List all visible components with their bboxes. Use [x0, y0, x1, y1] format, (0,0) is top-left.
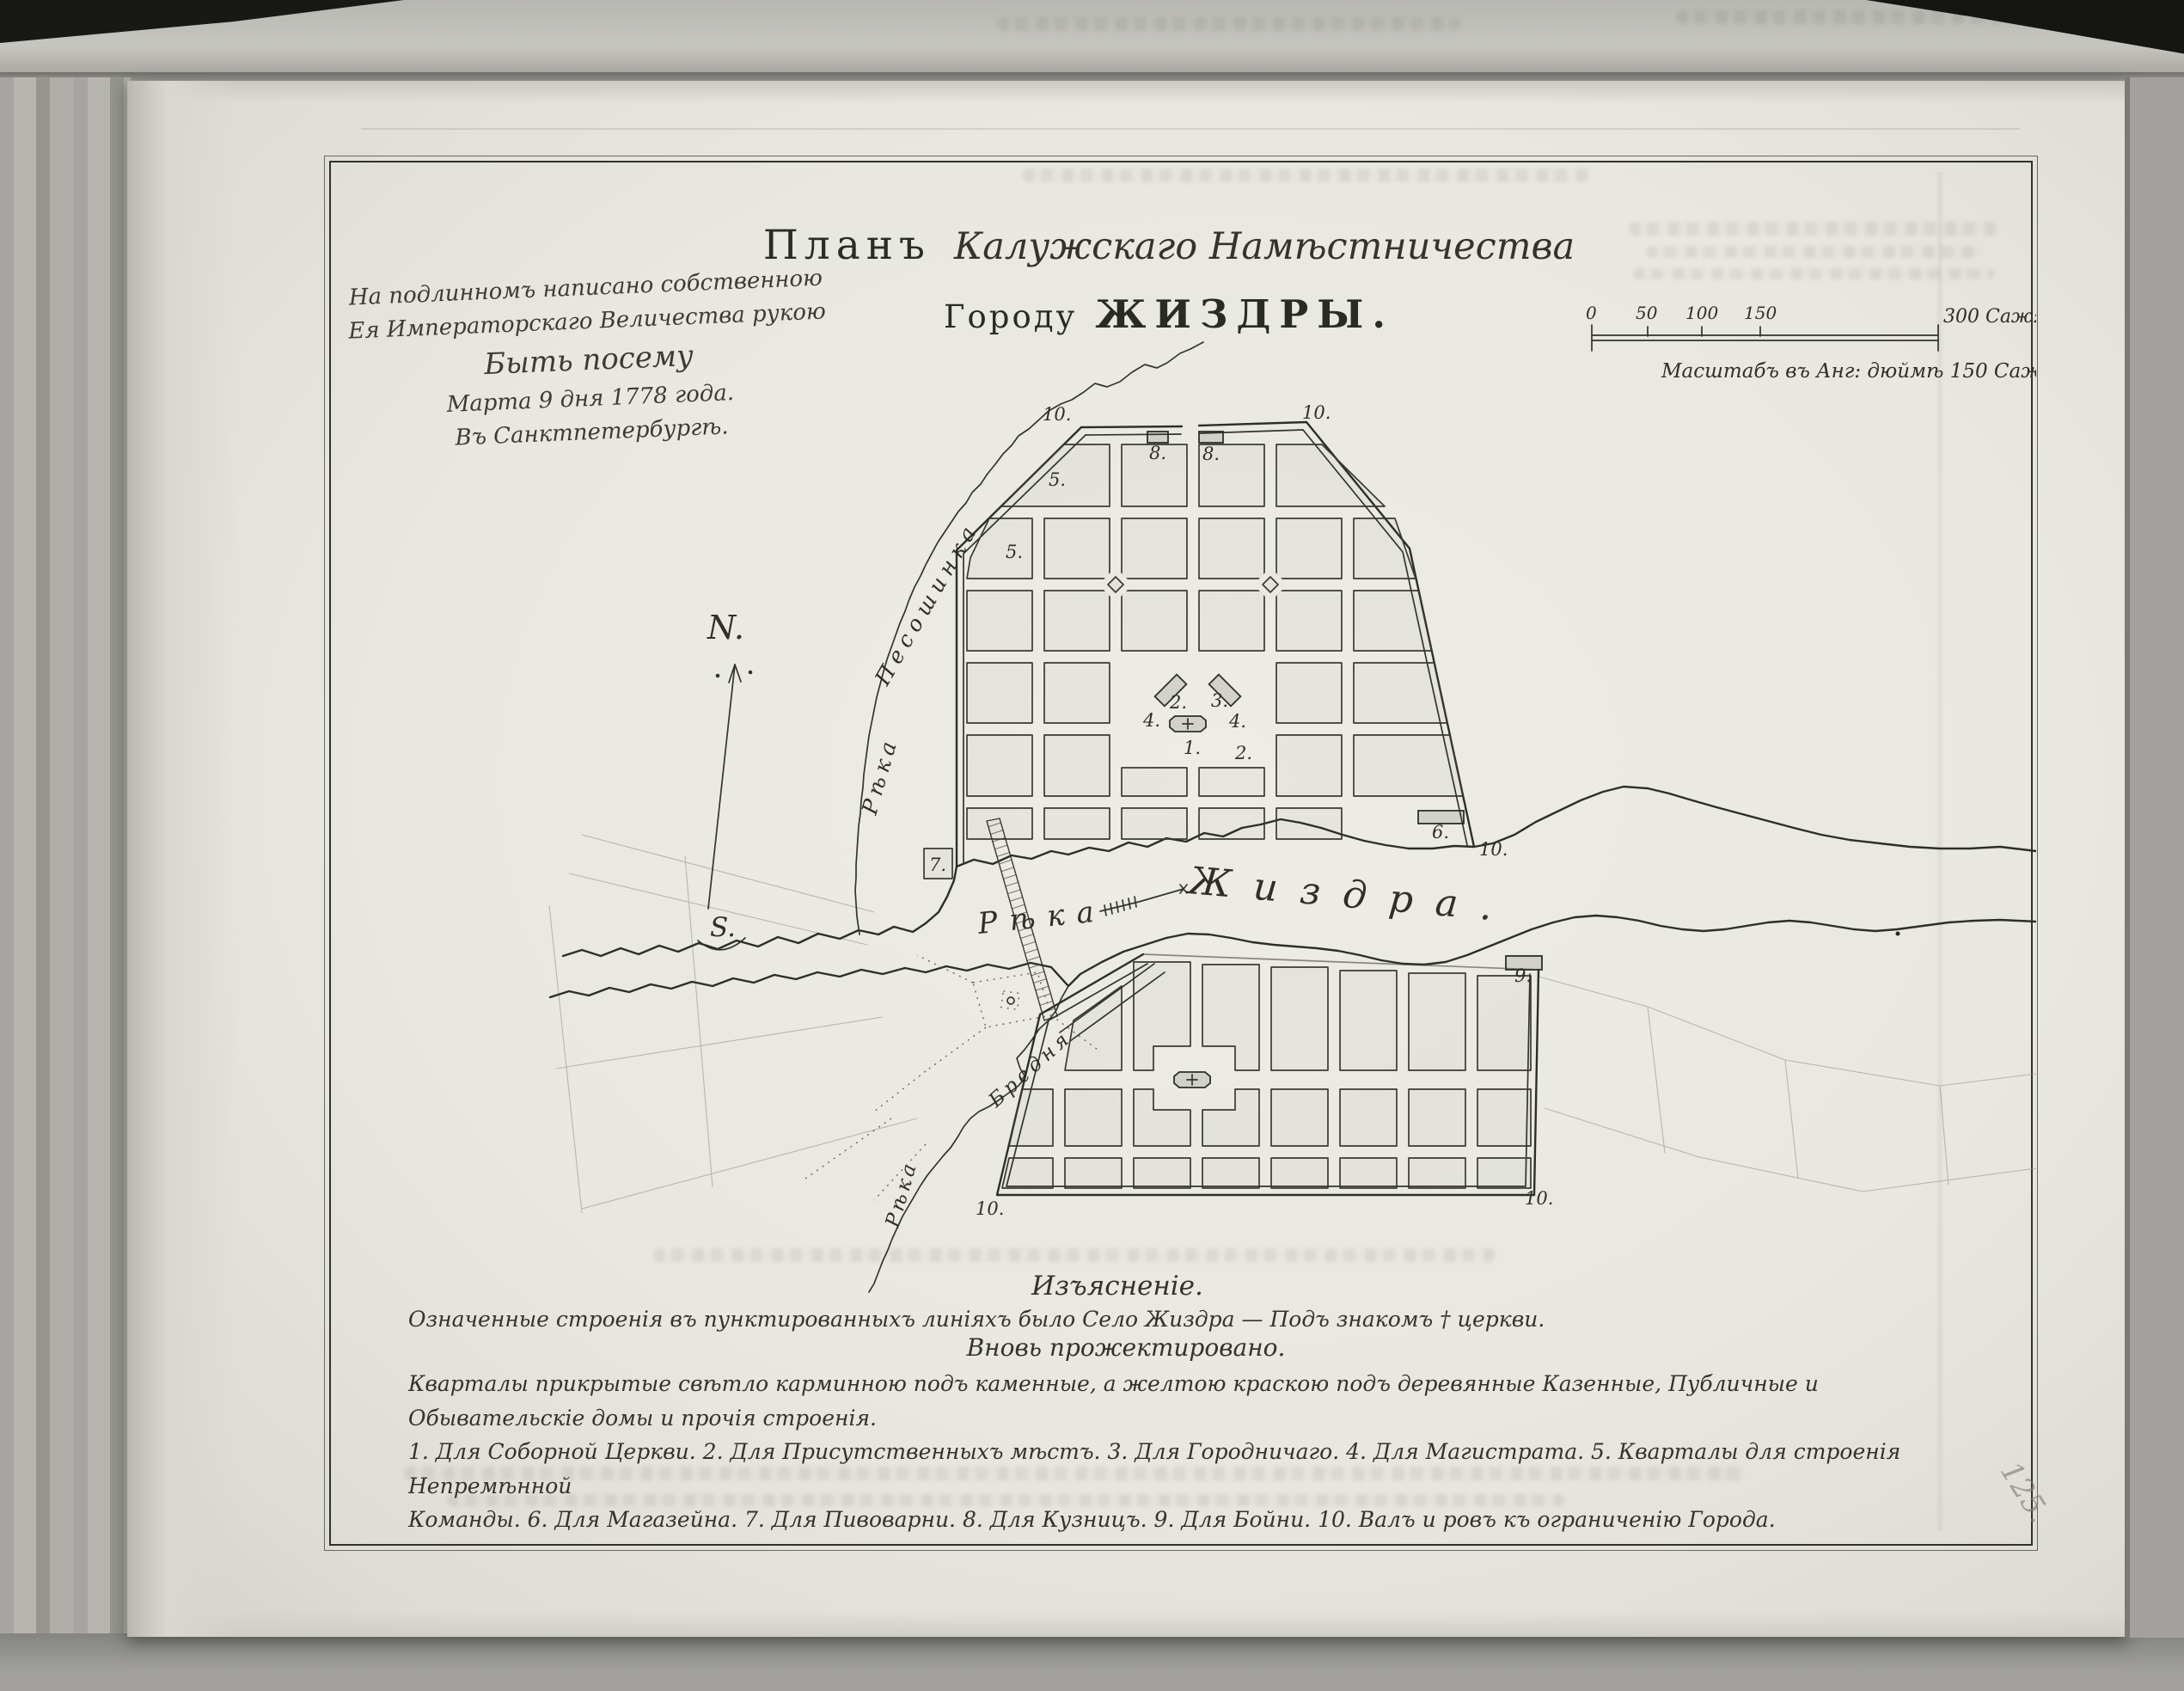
old-field-lines-east	[1539, 977, 2036, 1192]
scanned-atlas-photo: Планъ Калужскаго Намѣстничества Городу Ж…	[0, 0, 2184, 1691]
scale-caption: Масштабъ въ Анг: дюймѣ 150 Саженъ.	[1661, 360, 2036, 383]
legend-heading: Изъясненіе.	[348, 1271, 1887, 1302]
mark-10-bottom-right: 10.	[1525, 1188, 1553, 1209]
mark-10-bottom-left: 10.	[976, 1198, 1004, 1219]
compass-needle: N. S.	[698, 609, 752, 950]
old-village-dotted-outline	[805, 955, 1098, 1200]
compass-dot-right	[749, 671, 753, 675]
legend-line-1: Означенные строенія въ пунктированныхъ л…	[408, 1307, 1947, 1332]
mark-1: 1.	[1184, 738, 1201, 758]
scale-bar-end-ticks	[1592, 325, 1938, 351]
border-bleed-line	[361, 128, 2020, 130]
compass-south-label: S.	[710, 912, 736, 943]
previous-page-edge	[0, 0, 2184, 83]
old-village-church-icon	[1007, 997, 1014, 1004]
scale-tick-50: 50	[1636, 303, 1658, 323]
legend-line-4: Команды. 6. Для Магазейна. 7. Для Пивова…	[408, 1503, 1947, 1537]
scale-tick-150: 150	[1744, 303, 1777, 323]
ink-speck	[1896, 932, 1900, 936]
river-main-word2-label: Жиздра.	[1184, 859, 1516, 931]
scan-background-bottom	[0, 1633, 2184, 1691]
compass-north-label: N.	[707, 609, 744, 646]
sheet-right-edge	[2125, 77, 2184, 1638]
smithy-8-left	[1147, 432, 1168, 443]
map-legend: Изъясненіе. Означенные строенія въ пункт…	[408, 1271, 1947, 1537]
mark-10-top-left: 10.	[1043, 404, 1071, 425]
mark-2a: 2.	[1169, 692, 1187, 713]
compass-dot-left	[716, 674, 720, 678]
ghost-text-band-center	[997, 17, 1461, 31]
scale-tick-300: 300 Саж:	[1943, 306, 2036, 328]
upper-town-blocks	[967, 444, 1463, 839]
scale-tick-0: 0	[1586, 303, 1597, 323]
legend-subheading: Вновь прожектировано.	[357, 1333, 1895, 1362]
mark-2b: 2.	[1234, 743, 1252, 763]
scale-bar-rule	[1592, 335, 1938, 340]
mark-8b: 8.	[1202, 444, 1220, 464]
lower-town-blocks	[1002, 962, 1531, 1188]
smithy-8-right	[1199, 432, 1223, 443]
old-field-lines-west	[549, 835, 917, 1213]
lower-town-plan	[997, 954, 1539, 1195]
mark-7: 7.	[929, 855, 946, 875]
legend-line-2: Кварталы прикрытые свѣтло карминною подъ…	[408, 1367, 1947, 1435]
river-main-word1-label: Рѣка	[976, 894, 1108, 942]
mark-10-east: 10.	[1479, 839, 1508, 860]
legend-line-3: 1. Для Соборной Церкви. 2. Для Присутств…	[408, 1435, 1947, 1503]
mark-9: 9.	[1514, 965, 1532, 986]
mill-dam-icon	[1100, 885, 1187, 916]
mark-8a: 8.	[1149, 443, 1166, 463]
mark-6: 6.	[1432, 822, 1449, 842]
mark-5a: 5.	[1049, 469, 1066, 490]
book-page-edges	[0, 77, 131, 1691]
scale-bar: 0 50 100 150 300 Саж: Масштабъ въ Анг: д…	[1586, 303, 2036, 383]
mark-4a: 4.	[1142, 710, 1160, 731]
mark-10-top-right: 10.	[1302, 402, 1331, 423]
mark-4b: 4.	[1228, 711, 1246, 732]
scale-tick-100: 100	[1685, 303, 1718, 323]
mark-5b: 5.	[1006, 542, 1023, 562]
legend-body: Кварталы прикрытые свѣтло карминною подъ…	[408, 1367, 1947, 1537]
mark-3: 3.	[1211, 690, 1228, 711]
